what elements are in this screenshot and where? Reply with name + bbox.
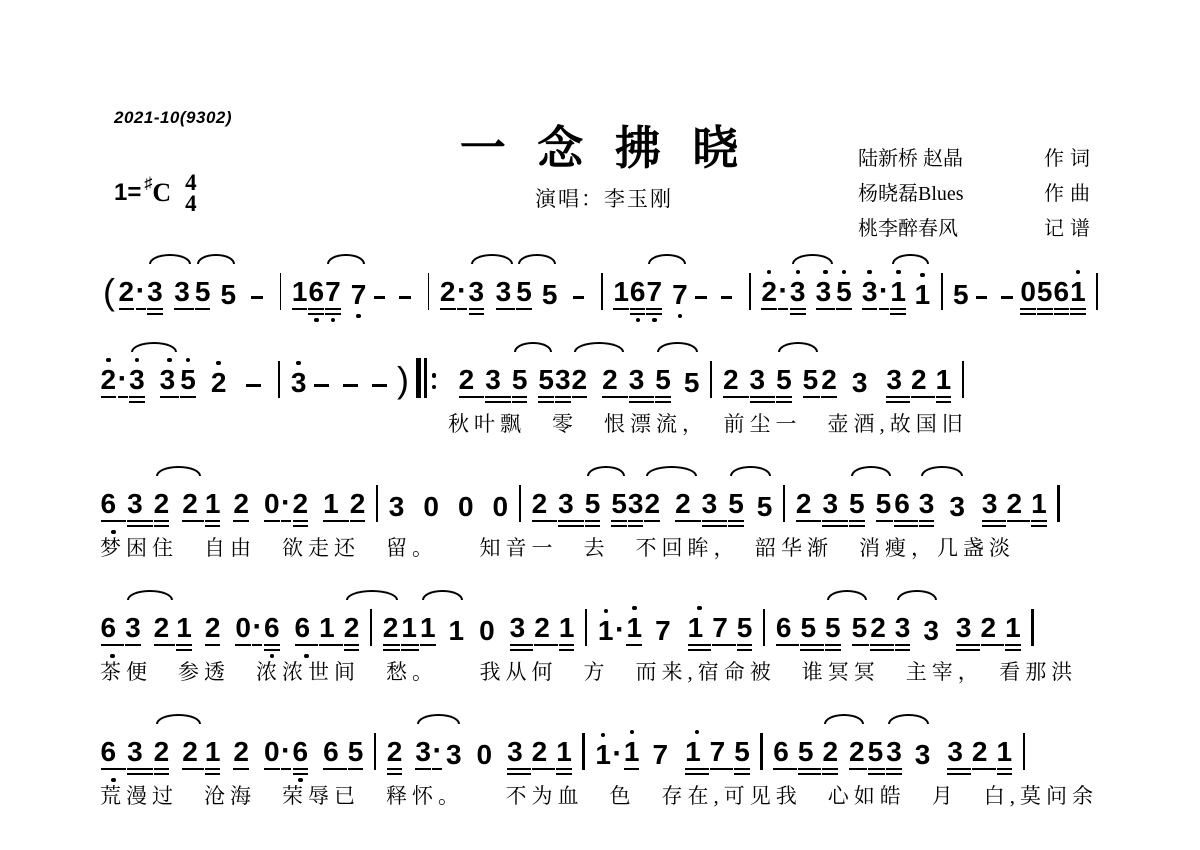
note-number: 5	[734, 737, 750, 770]
duration-dash	[246, 384, 261, 388]
spacer	[792, 397, 802, 398]
note-number: 2	[849, 737, 867, 770]
note-number: 3	[125, 613, 141, 646]
spacer	[221, 521, 233, 522]
lyrics-line: 梦困住 自由 欲走还 留。 知音一 去 不回眸， 韶华渐 消瘦，几盏淡	[100, 532, 1108, 562]
note-number: 5	[836, 277, 852, 310]
key-prefix: 1=	[114, 179, 141, 207]
note-number: 1	[420, 613, 436, 646]
spacer	[902, 769, 914, 770]
note-number: 6	[630, 277, 646, 310]
slur-arc	[518, 254, 555, 264]
note-number: 0	[493, 492, 509, 522]
augmentation-dot: ·	[778, 275, 788, 310]
spacer	[839, 769, 849, 770]
duration-dash	[695, 296, 706, 300]
slur-arc	[574, 342, 624, 352]
note-number: 2	[972, 737, 996, 770]
spacer	[837, 397, 851, 398]
augmentation-dot: ·	[457, 275, 467, 310]
note-number: 6	[101, 613, 125, 646]
note-number: 1	[890, 277, 906, 310]
note-number: 7	[325, 277, 341, 310]
note-number: 2	[233, 737, 249, 770]
note-number: 1	[936, 365, 952, 398]
slur-arc	[851, 466, 891, 476]
note-number: 5	[180, 365, 196, 398]
note-number: 3	[947, 737, 971, 770]
slur-arc	[149, 254, 191, 264]
slur-arc	[514, 342, 551, 352]
note-number: 3	[129, 365, 145, 398]
note-number: 2	[911, 365, 935, 398]
spacer	[141, 645, 153, 646]
barline	[1096, 273, 1098, 310]
spacer	[192, 645, 204, 646]
credit-role: 作曲	[1044, 177, 1096, 206]
note-number: 1	[688, 613, 712, 646]
note-number: 1	[205, 489, 221, 522]
barline	[280, 273, 282, 310]
barline	[585, 609, 588, 646]
slur-arc	[422, 590, 462, 600]
note-number: 5	[221, 280, 237, 310]
note-number: 3	[127, 737, 153, 770]
note-number: 3	[790, 277, 806, 310]
note-number: 2	[981, 613, 1005, 646]
barline	[710, 361, 713, 398]
augmentation-dot: ·	[879, 275, 889, 310]
augmentation-dot: ·	[281, 487, 291, 522]
slur-arc	[897, 590, 936, 600]
note-number: 0	[479, 616, 495, 646]
duration-dash	[1001, 296, 1012, 300]
note-number: 5	[776, 365, 792, 398]
note-number: 7	[672, 280, 688, 310]
note-number: 2	[870, 613, 894, 646]
credit-role: 作词	[1044, 142, 1096, 171]
note-number: 2	[154, 489, 170, 522]
lyrics-line: 茶便 参透 浓浓世间 愁。 我从何 方 而来,宿命被 谁冥冥 主宰， 看那洪	[100, 656, 1108, 686]
note-number: 3	[886, 737, 902, 770]
note-number: 3	[558, 489, 584, 522]
spacer	[640, 769, 652, 770]
note-number: 3	[629, 365, 655, 398]
slur-arc	[131, 342, 177, 352]
note-number: 1	[598, 616, 614, 646]
note-number: 1	[915, 280, 931, 310]
note-number: 6	[323, 737, 347, 770]
note-number: 5	[512, 365, 528, 398]
barline	[376, 485, 379, 522]
note-number: 5	[655, 365, 671, 398]
note-number: 6	[101, 489, 127, 522]
spacer	[462, 769, 476, 770]
note-number: 3	[628, 489, 644, 522]
note-number: 2	[154, 613, 176, 646]
spacer	[643, 645, 655, 646]
note-number: 3	[291, 368, 307, 398]
note-number: 1	[205, 737, 221, 770]
note-number: 3	[750, 365, 776, 398]
note-number: 2	[821, 365, 837, 398]
slur-arc	[824, 714, 864, 724]
augmentation-dot: ·	[118, 363, 128, 398]
note-number: 6	[295, 613, 319, 646]
note-number: 7	[646, 277, 662, 310]
augmentation-dot: ·	[612, 738, 622, 770]
spacer	[806, 309, 815, 310]
augmentation-dot: ·	[252, 611, 262, 646]
note-number: 5	[1037, 277, 1053, 310]
header: 2021-10(9302) 一 念 拂 晓 演唱：李玉刚 1= ♯ C 4 4 …	[100, 0, 1108, 252]
barline	[278, 361, 281, 398]
note-number: 2	[182, 489, 204, 522]
note-number: 2	[233, 489, 249, 522]
spacer	[249, 521, 263, 522]
barline	[428, 273, 430, 310]
credit-role: 记谱	[1044, 212, 1096, 241]
key-tonic: C	[152, 178, 171, 208]
meter-numerator: 4	[185, 172, 197, 193]
spacer	[474, 521, 492, 522]
lyrics-line: 荒漫过 沧海 荣辱已 释怀。 不为血 色 存在,可见我 心如皓 月 白,莫问余	[100, 780, 1108, 810]
augmentation-dot: ·	[136, 275, 146, 310]
note-number: 1	[626, 613, 642, 646]
credit-name: 陆新桥 赵晶	[858, 142, 963, 171]
spacer	[911, 645, 923, 646]
note-number: 5	[348, 737, 364, 770]
note-number: 2	[211, 368, 227, 398]
note-number: 2	[761, 277, 777, 310]
note-number: 2	[602, 365, 628, 398]
slur-arc	[646, 466, 697, 476]
barline	[941, 273, 943, 310]
note-number: 2	[675, 489, 701, 522]
slur-arc	[327, 254, 364, 264]
time-signature: 4 4	[185, 172, 197, 214]
spacer	[868, 397, 886, 398]
key-signature: 1= ♯ C 4 4	[114, 172, 197, 214]
spacer	[221, 645, 235, 646]
note-number: 3	[886, 365, 910, 398]
note-number: 6	[264, 613, 280, 646]
note-number: 3	[816, 277, 836, 310]
spacer	[196, 397, 210, 398]
note-number: 5	[757, 492, 773, 522]
note-number: 5	[798, 737, 822, 770]
spacer	[671, 397, 683, 398]
note-number: 5	[737, 613, 753, 646]
note-number: 2	[723, 365, 749, 398]
meter-denominator: 4	[185, 193, 197, 214]
barline	[370, 609, 373, 646]
note-number: 7	[712, 613, 736, 646]
note-number: 2	[572, 365, 588, 398]
note-number: 7	[351, 280, 367, 310]
duration-dash	[374, 296, 385, 300]
sheet-music-page: 2021-10(9302) 一 念 拂 晓 演唱：李玉刚 1= ♯ C 4 4 …	[0, 0, 1200, 850]
spacer	[249, 769, 263, 770]
note-number: 2	[532, 737, 556, 770]
augmentation-dot: ·	[432, 735, 442, 770]
slur-arc	[471, 254, 513, 264]
note-number: 5	[516, 277, 532, 310]
note-number: 5	[538, 365, 554, 398]
duration-dash	[251, 296, 262, 300]
note-number: 6	[1054, 277, 1070, 310]
spacer	[588, 397, 602, 398]
note-number: 2	[154, 737, 170, 770]
note-number: 5	[852, 613, 870, 646]
barline	[1023, 733, 1026, 770]
note-number: 3	[510, 613, 534, 646]
note-number: 6	[293, 737, 309, 770]
slur-arc	[587, 466, 624, 476]
note-number: 2	[383, 613, 401, 646]
barline	[1031, 609, 1034, 646]
note-number: 3	[949, 492, 965, 522]
parenthesis: )	[397, 362, 409, 398]
note-number: 5	[868, 737, 886, 770]
slur-arc	[892, 254, 928, 264]
note-number: 1	[176, 613, 192, 646]
barline	[760, 733, 763, 770]
note-number: 3	[982, 489, 1006, 522]
note-number: 5	[825, 613, 841, 646]
note-number: 3	[389, 492, 405, 522]
spacer	[965, 521, 981, 522]
note-number: 3	[822, 489, 848, 522]
spacer	[280, 645, 294, 646]
note-number: 2	[344, 613, 360, 646]
barline	[783, 485, 786, 522]
spacer	[935, 521, 949, 522]
note-number: 0	[458, 492, 474, 522]
note-number: 6	[894, 489, 918, 522]
note-number: 2	[182, 737, 204, 770]
spacer	[465, 645, 479, 646]
note-number: 0	[423, 492, 439, 522]
spacer	[495, 645, 509, 646]
music-line: 6322120·66523·303211·171756522533321	[100, 712, 1108, 770]
note-number: 2	[459, 365, 485, 398]
slur-arc	[921, 466, 962, 476]
spacer	[493, 769, 507, 770]
note-number: 3	[895, 613, 911, 646]
note-number: 2	[205, 613, 221, 646]
note-number: 5	[803, 365, 821, 398]
spacer	[227, 397, 239, 398]
barline	[1057, 485, 1060, 522]
note-number: 3	[127, 489, 153, 522]
spacer	[841, 645, 851, 646]
spacer	[163, 309, 174, 310]
spacer	[907, 309, 915, 310]
note-number: 1	[613, 277, 629, 310]
slur-arc	[346, 590, 398, 600]
note-number: 1	[1031, 489, 1047, 522]
parenthesis: (	[103, 274, 115, 310]
note-number: 3	[469, 277, 485, 310]
note-number: 5	[195, 277, 211, 310]
spacer	[405, 521, 423, 522]
note-number: 6	[776, 613, 800, 646]
note-number: 6	[773, 737, 797, 770]
note-number: 1	[401, 613, 419, 646]
music-line: 6322120·212300023553223552355633321	[100, 464, 1108, 522]
note-number: 0	[477, 740, 493, 770]
note-number: 1	[323, 489, 349, 522]
note-number: 3	[147, 277, 163, 310]
note-number: 0	[264, 489, 280, 522]
slur-arc	[156, 714, 200, 724]
note-number: 1	[1070, 277, 1086, 310]
note-number: 0	[235, 613, 251, 646]
note-number: 1	[559, 613, 575, 646]
note-number: 3	[555, 365, 571, 398]
note-number: 0	[1020, 277, 1036, 310]
spacer	[309, 769, 323, 770]
note-number: 5	[542, 280, 558, 310]
note-number: 6	[101, 737, 127, 770]
note-number: 2	[101, 365, 117, 398]
note-number: 2	[440, 277, 456, 310]
spacer	[528, 397, 538, 398]
score-area: (2·335516772·335516772·3353·11505612·335…	[100, 252, 1108, 810]
spacer	[403, 769, 415, 770]
spacer	[601, 521, 611, 522]
augmentation-dot: ·	[281, 735, 291, 770]
note-number: 3	[915, 740, 931, 770]
barline	[582, 733, 585, 770]
note-number: 5	[849, 489, 865, 522]
note-number: 5	[800, 613, 824, 646]
spacer	[442, 397, 458, 398]
note-number: 3	[496, 277, 516, 310]
spacer	[744, 521, 756, 522]
credit-name: 杨晓磊Blues	[858, 177, 964, 206]
note-number: 1	[449, 616, 465, 646]
note-number: 3	[174, 277, 194, 310]
spacer	[436, 645, 448, 646]
note-number: 7	[710, 737, 734, 770]
note-number: 2	[644, 489, 660, 522]
note-number: 1	[319, 613, 343, 646]
note-number: 5	[876, 489, 894, 522]
augmentation-dot: ·	[615, 614, 625, 646]
note-number: 3	[702, 489, 728, 522]
note-number: 2	[534, 613, 558, 646]
spacer	[532, 309, 541, 310]
note-number: 3	[919, 489, 935, 522]
spacer	[211, 309, 220, 310]
note-number: 3	[956, 613, 980, 646]
note-number: 2	[1007, 489, 1031, 522]
spacer	[221, 769, 233, 770]
note-number: 6	[308, 277, 324, 310]
note-number: 1	[556, 737, 572, 770]
note-number: 1	[292, 277, 308, 310]
spacer	[145, 397, 159, 398]
duration-dash	[343, 384, 358, 388]
spacer	[931, 769, 947, 770]
note-number: 1	[1005, 613, 1021, 646]
slur-arc	[156, 466, 200, 476]
note-number: 3	[923, 616, 939, 646]
note-number: 5	[684, 368, 700, 398]
barline	[749, 273, 751, 310]
duration-dash	[372, 384, 387, 388]
barline	[763, 609, 766, 646]
spacer	[852, 309, 861, 310]
slur-arc	[888, 714, 928, 724]
spacer	[663, 309, 672, 310]
note-number: 2	[532, 489, 558, 522]
spacer	[865, 521, 875, 522]
note-number: 2	[387, 737, 403, 770]
barline	[962, 361, 965, 398]
note-number: 5	[953, 280, 969, 310]
slur-arc	[827, 590, 867, 600]
music-line: 2·33523)2355322355235523321	[100, 340, 1108, 398]
spacer	[485, 309, 496, 310]
barline	[601, 273, 603, 310]
note-number: 5	[728, 489, 744, 522]
slur-arc	[417, 714, 459, 724]
credit-transcriber: 桃李醉春风 记谱	[858, 212, 1096, 241]
note-number: 2	[796, 489, 822, 522]
slur-arc	[778, 342, 818, 352]
barline	[374, 733, 377, 770]
barline	[519, 485, 522, 522]
note-number: 3	[446, 740, 462, 770]
spacer	[309, 521, 323, 522]
music-line: 632120·6612211103211·171756555233321	[100, 588, 1108, 646]
note-number: 2	[119, 277, 135, 310]
duration-dash	[314, 384, 329, 388]
sharp-accidental-icon: ♯	[144, 175, 152, 193]
music-line: (2·335516772·335516772·3353·1150561	[100, 252, 1108, 310]
note-number: 3	[485, 365, 511, 398]
note-number: 3	[862, 277, 878, 310]
slur-arc	[730, 466, 770, 476]
spacer	[170, 769, 182, 770]
lyrics-line: 秋叶飘 零 恨漂流， 前尘一 壶酒,故国旧	[100, 408, 1108, 438]
duration-dash	[399, 296, 410, 300]
spacer	[170, 521, 182, 522]
spacer	[939, 645, 955, 646]
slur-arc	[792, 254, 833, 264]
spacer	[669, 769, 685, 770]
note-number: 7	[655, 616, 671, 646]
credit-lyricist: 陆新桥 赵晶 作词	[858, 142, 1096, 171]
spacer	[439, 521, 457, 522]
note-number: 3	[415, 737, 431, 770]
slur-arc	[657, 342, 697, 352]
credit-composer: 杨晓磊Blues 作曲	[858, 177, 1096, 206]
note-number: 3	[160, 365, 180, 398]
slur-arc	[127, 590, 172, 600]
note-number: 1	[685, 737, 709, 770]
duration-dash	[573, 296, 584, 300]
note-number: 5	[611, 489, 627, 522]
note-number: 2	[293, 489, 309, 522]
spacer	[341, 309, 350, 310]
credit-name: 桃李醉春风	[858, 212, 958, 241]
spacer	[661, 521, 675, 522]
repeat-start-barline	[416, 358, 436, 398]
